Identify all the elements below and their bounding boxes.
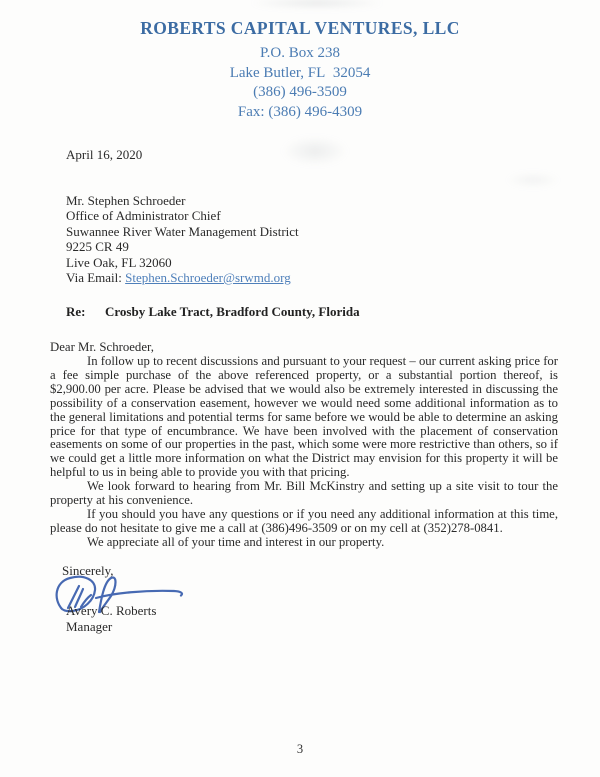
via-email-label: Via Email: xyxy=(66,270,125,285)
letterhead-city-line: Lake Butler, FL 32054 xyxy=(0,64,600,84)
signatory-name: Avery C. Roberts xyxy=(66,603,156,619)
valediction: Sincerely, xyxy=(62,563,114,579)
letter-body: In follow up to recent discussions and p… xyxy=(50,355,558,550)
page-number: 3 xyxy=(0,742,600,757)
body-paragraph: We appreciate all of your time and inter… xyxy=(50,536,558,550)
subject-label: Re: xyxy=(66,304,105,320)
recipient-street: 9225 CR 49 xyxy=(66,239,299,254)
recipient-organization: Suwannee River Water Management District xyxy=(66,224,299,239)
subject-line: Re:Crosby Lake Tract, Bradford County, F… xyxy=(66,304,360,320)
via-email-line: Via Email: Stephen.Schroeder@srwmd.org xyxy=(66,270,299,285)
letterhead-phone: (386) 496-3509 xyxy=(0,83,600,103)
scan-artifact xyxy=(282,136,348,166)
scan-artifact xyxy=(252,0,382,9)
body-paragraph: In follow up to recent discussions and p… xyxy=(50,355,558,480)
letterhead-address: P.O. Box 238 Lake Butler, FL 32054 (386)… xyxy=(0,44,600,122)
letter-page: ROBERTS CAPITAL VENTURES, LLC P.O. Box 2… xyxy=(0,0,600,777)
letterhead-fax: Fax: (386) 496-4309 xyxy=(0,103,600,123)
recipient-city: Live Oak, FL 32060 xyxy=(66,255,299,270)
letterhead: ROBERTS CAPITAL VENTURES, LLC P.O. Box 2… xyxy=(0,18,600,122)
signature-block: Avery C. Roberts Manager xyxy=(66,603,156,634)
recipient-title: Office of Administrator Chief xyxy=(66,208,299,223)
salutation: Dear Mr. Schroeder, xyxy=(50,340,154,355)
company-name: ROBERTS CAPITAL VENTURES, LLC xyxy=(0,18,600,39)
letterhead-po-box: P.O. Box 238 xyxy=(0,44,600,64)
subject-text: Crosby Lake Tract, Bradford County, Flor… xyxy=(105,304,360,319)
body-paragraph: We look forward to hearing from Mr. Bill… xyxy=(50,480,558,508)
recipient-block: Mr. Stephen Schroeder Office of Administ… xyxy=(66,193,299,285)
recipient-name: Mr. Stephen Schroeder xyxy=(66,193,299,208)
signatory-title: Manager xyxy=(66,619,156,635)
body-paragraph: If you should you have any questions or … xyxy=(50,508,558,536)
letter-date: April 16, 2020 xyxy=(66,147,142,163)
scan-artifact xyxy=(506,172,560,188)
email-link[interactable]: Stephen.Schroeder@srwmd.org xyxy=(125,270,291,285)
